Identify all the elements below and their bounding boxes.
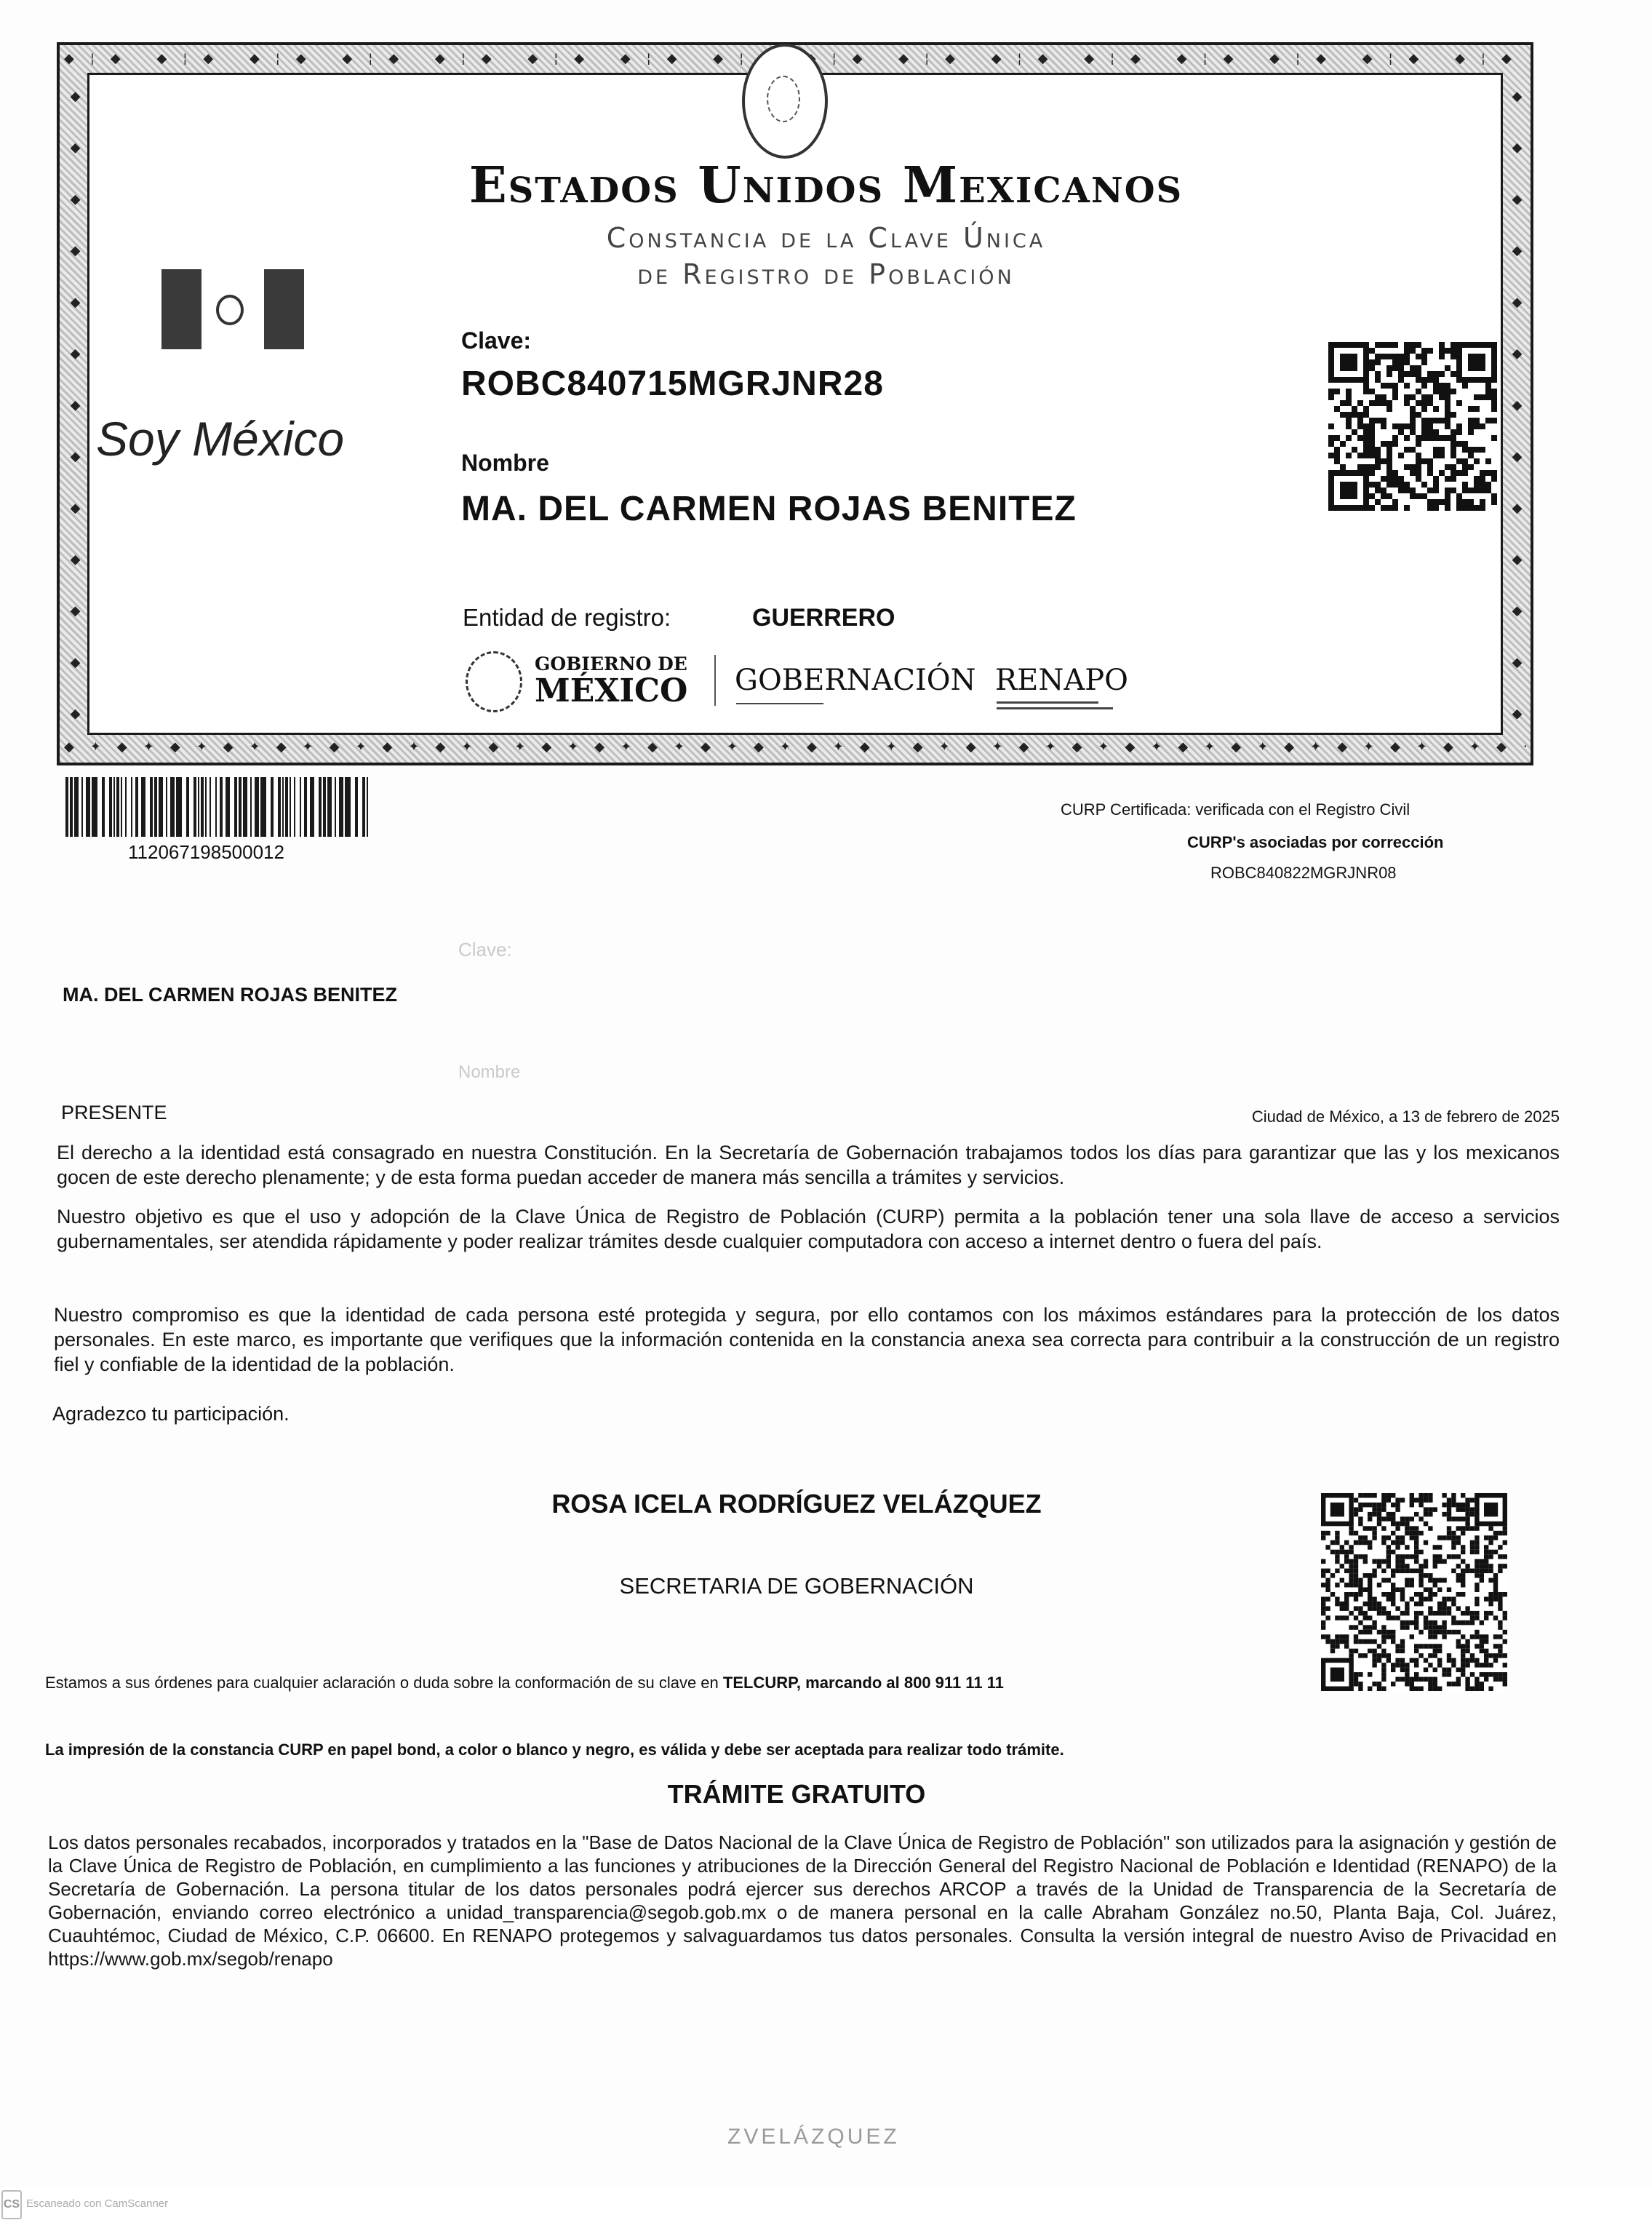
letter-paragraph-1: El derecho a la identidad está consagrad…: [57, 1140, 1560, 1190]
border-ornament-bottom: ◆✦◆✦◆✦◆✦◆✦◆✦◆✦◆✦◆✦◆✦◆✦◆✦◆✦◆✦◆✦◆✦◆✦◆✦◆✦◆✦…: [64, 739, 1526, 758]
letter-place-date: Ciudad de México, a 13 de febrero de 202…: [1252, 1107, 1560, 1126]
soy-mexico-tagline: Soy México: [96, 411, 344, 466]
associated-curps-label: CURP's asociadas por corrección: [1187, 833, 1443, 852]
government-logos: GOBIERNO DE MÉXICO GOBERNACIÓN RENAPO: [466, 648, 1193, 713]
camscanner-text: Escaneado con CamScanner: [26, 2197, 168, 2210]
clave-label: Clave:: [461, 327, 531, 354]
letter-paragraph-2: Nuestro objetivo es que el uso y adopció…: [57, 1204, 1560, 1254]
entidad-label: Entidad de registro:: [463, 604, 671, 632]
free-notice: TRÁMITE GRATUITO: [0, 1779, 1593, 1810]
renapo-logo: RENAPO: [995, 664, 1128, 697]
nombre-value: MA. DEL CARMEN ROJAS BENITEZ: [461, 489, 1077, 529]
signature-qr-code-icon: [1321, 1493, 1507, 1691]
gobernacion-subtext: [736, 703, 823, 704]
associated-curp-value: ROBC840822MGRJNR08: [1210, 864, 1397, 883]
coat-of-arms-seal-icon: [742, 44, 828, 159]
certificate-title: Estados Unidos Mexicanos: [0, 156, 1652, 215]
privacy-notice: Los datos personales recabados, incorpor…: [48, 1831, 1557, 1970]
clave-value: ROBC840715MGRJNR28: [461, 364, 884, 404]
contact-info: Estamos a sus órdenes para cualquier acl…: [45, 1674, 1180, 1692]
ghost-nombre-label: Nombre: [458, 1062, 520, 1083]
curp-certified-status: CURP Certificada: verificada con el Regi…: [1061, 800, 1410, 819]
qr-code-icon: [1328, 342, 1497, 511]
renapo-subtext: [997, 701, 1098, 704]
letter-salutation: PRESENTE: [61, 1102, 167, 1124]
nombre-label: Nombre: [461, 450, 549, 477]
certificate-subtitle-line1: Constancia de la Clave Única: [0, 222, 1652, 254]
validity-notice: La impresión de la constancia CURP en pa…: [45, 1740, 1282, 1759]
camscanner-logo-icon: CS: [1, 2190, 22, 2219]
letter-closing: Agradezco tu participación.: [52, 1403, 290, 1425]
logo-divider: [714, 655, 716, 706]
ghost-clave-label: Clave:: [458, 939, 512, 961]
letter-recipient: MA. DEL CARMEN ROJAS BENITEZ: [63, 984, 397, 1006]
mexico-flag-icon: [161, 269, 304, 349]
gobierno-de-mexico-logo: GOBIERNO DE MÉXICO: [535, 653, 687, 708]
telcurp-phone: TELCURP, marcando al 800 911 11 11: [723, 1674, 1004, 1692]
barcode-number: 112067198500012: [128, 841, 284, 864]
ghost-bottom-fragment: ZVELÁZQUEZ: [727, 2125, 900, 2149]
barcode: [65, 777, 370, 837]
letter-paragraph-3: Nuestro compromiso es que la identidad d…: [54, 1302, 1560, 1377]
gobernacion-logo: GOBERNACIÓN: [735, 664, 976, 697]
entidad-value: GUERRERO: [752, 604, 895, 632]
gobierno-seal-icon: [466, 651, 522, 712]
scanner-footer: CS Escaneado con CamScanner: [0, 2187, 1652, 2220]
